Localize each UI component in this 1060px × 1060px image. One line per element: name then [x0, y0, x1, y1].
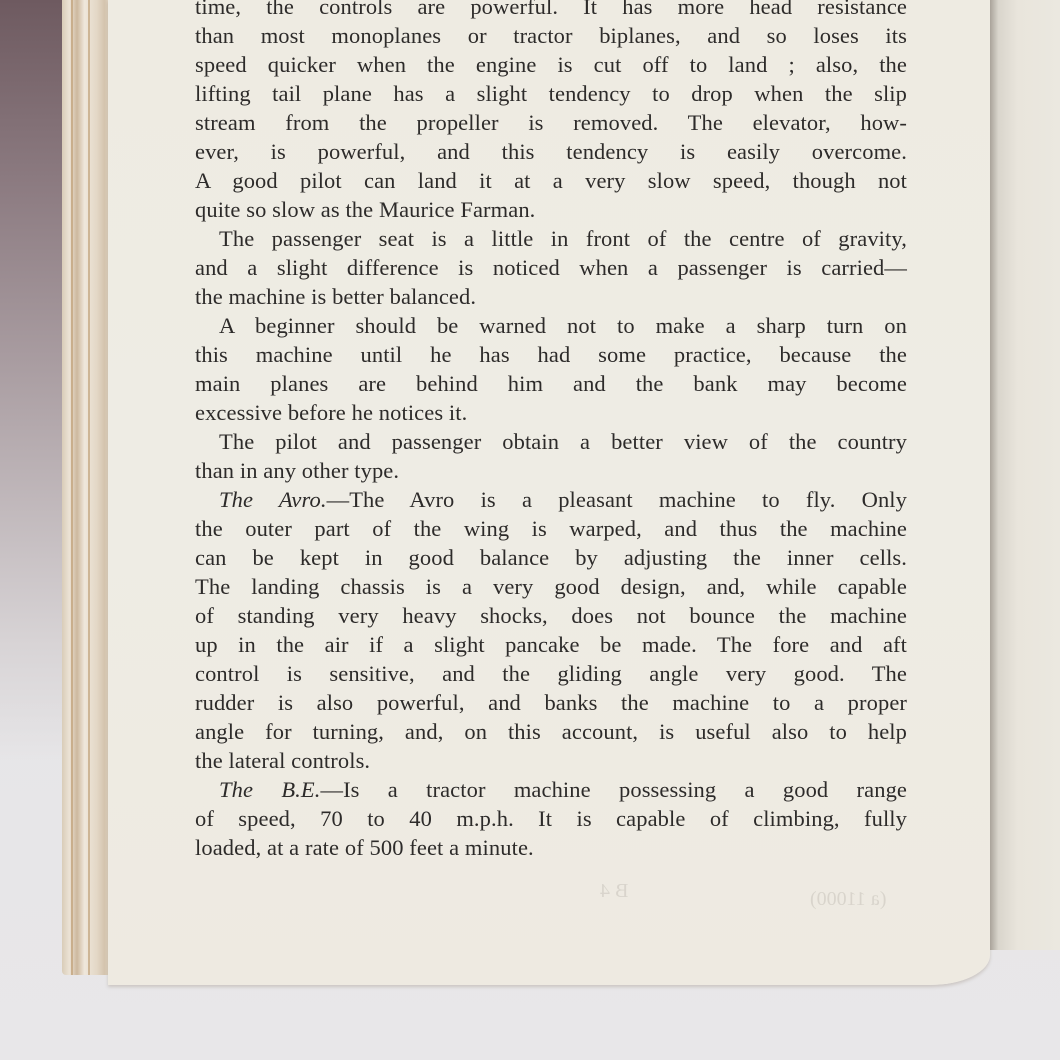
facing-page: [990, 0, 1060, 950]
text-line: The landing chassis is a very good desig…: [195, 572, 907, 601]
text-line: the machine is better balanced.: [195, 282, 907, 311]
section-heading: The Avro.: [219, 487, 327, 512]
section-heading: The B.E.: [219, 777, 320, 802]
text-line: than in any other type.: [195, 456, 907, 485]
text-line: and a slight difference is noticed when …: [195, 253, 907, 282]
text-line: of standing very heavy shocks, does not …: [195, 601, 907, 630]
background-shadow: [0, 0, 70, 760]
paragraph: time, the controls are powerful. It has …: [195, 0, 907, 224]
text-line: stream from the propeller is removed. Th…: [195, 108, 907, 137]
paragraph: The pilot and passenger obtain a better …: [195, 427, 907, 485]
text-line: A good pilot can land it at a very slow …: [195, 166, 907, 195]
text-line: The passenger seat is a little in front …: [195, 224, 907, 253]
text-line: angle for turning, and, on this account,…: [195, 717, 907, 746]
text-line: lifting tail plane has a slight tendency…: [195, 79, 907, 108]
text-line: can be kept in good balance by adjusting…: [195, 543, 907, 572]
text-line: quite so slow as the Maurice Farman.: [195, 195, 907, 224]
bleed-through-signature: (a 11000): [810, 888, 886, 911]
text-line: loaded, at a rate of 500 feet a minute.: [195, 833, 907, 862]
paragraph: A beginner should be warned not to make …: [195, 311, 907, 427]
paragraph-be: The B.E.—Is a tractor machine possessing…: [195, 775, 907, 862]
paragraph: The passenger seat is a little in front …: [195, 224, 907, 311]
text-line: of speed, 70 to 40 m.p.h. It is capable …: [195, 804, 907, 833]
text-line-rest: —Is a tractor machine possessing a good …: [320, 777, 907, 802]
text-line: excessive before he notices it.: [195, 398, 907, 427]
text-line: The B.E.—Is a tractor machine possessing…: [195, 775, 907, 804]
text-line: control is sensitive, and the gliding an…: [195, 659, 907, 688]
text-line: speed quicker when the engine is cut off…: [195, 50, 907, 79]
text-line: rudder is also powerful, and banks the m…: [195, 688, 907, 717]
text-line: the outer part of the wing is warped, an…: [195, 514, 907, 543]
text-line: The Avro.—The Avro is a pleasant machine…: [195, 485, 907, 514]
paragraph-avro: The Avro.—The Avro is a pleasant machine…: [195, 485, 907, 775]
bleed-through-mark: B 4: [600, 880, 628, 903]
text-line: the lateral controls.: [195, 746, 907, 775]
book-page-edges: [62, 0, 112, 975]
text-line: main planes are behind him and the bank …: [195, 369, 907, 398]
text-line: up in the air if a slight pancake be mad…: [195, 630, 907, 659]
text-line: this machine until he has had some pract…: [195, 340, 907, 369]
text-line-rest: —The Avro is a pleasant machine to fly. …: [327, 487, 907, 512]
page-text: time, the controls are powerful. It has …: [195, 0, 907, 862]
text-line: A beginner should be warned not to make …: [195, 311, 907, 340]
text-line: than most monoplanes or tractor biplanes…: [195, 21, 907, 50]
text-line: time, the controls are powerful. It has …: [195, 0, 907, 21]
text-line: The pilot and passenger obtain a better …: [195, 427, 907, 456]
text-line: ever, is powerful, and this tendency is …: [195, 137, 907, 166]
